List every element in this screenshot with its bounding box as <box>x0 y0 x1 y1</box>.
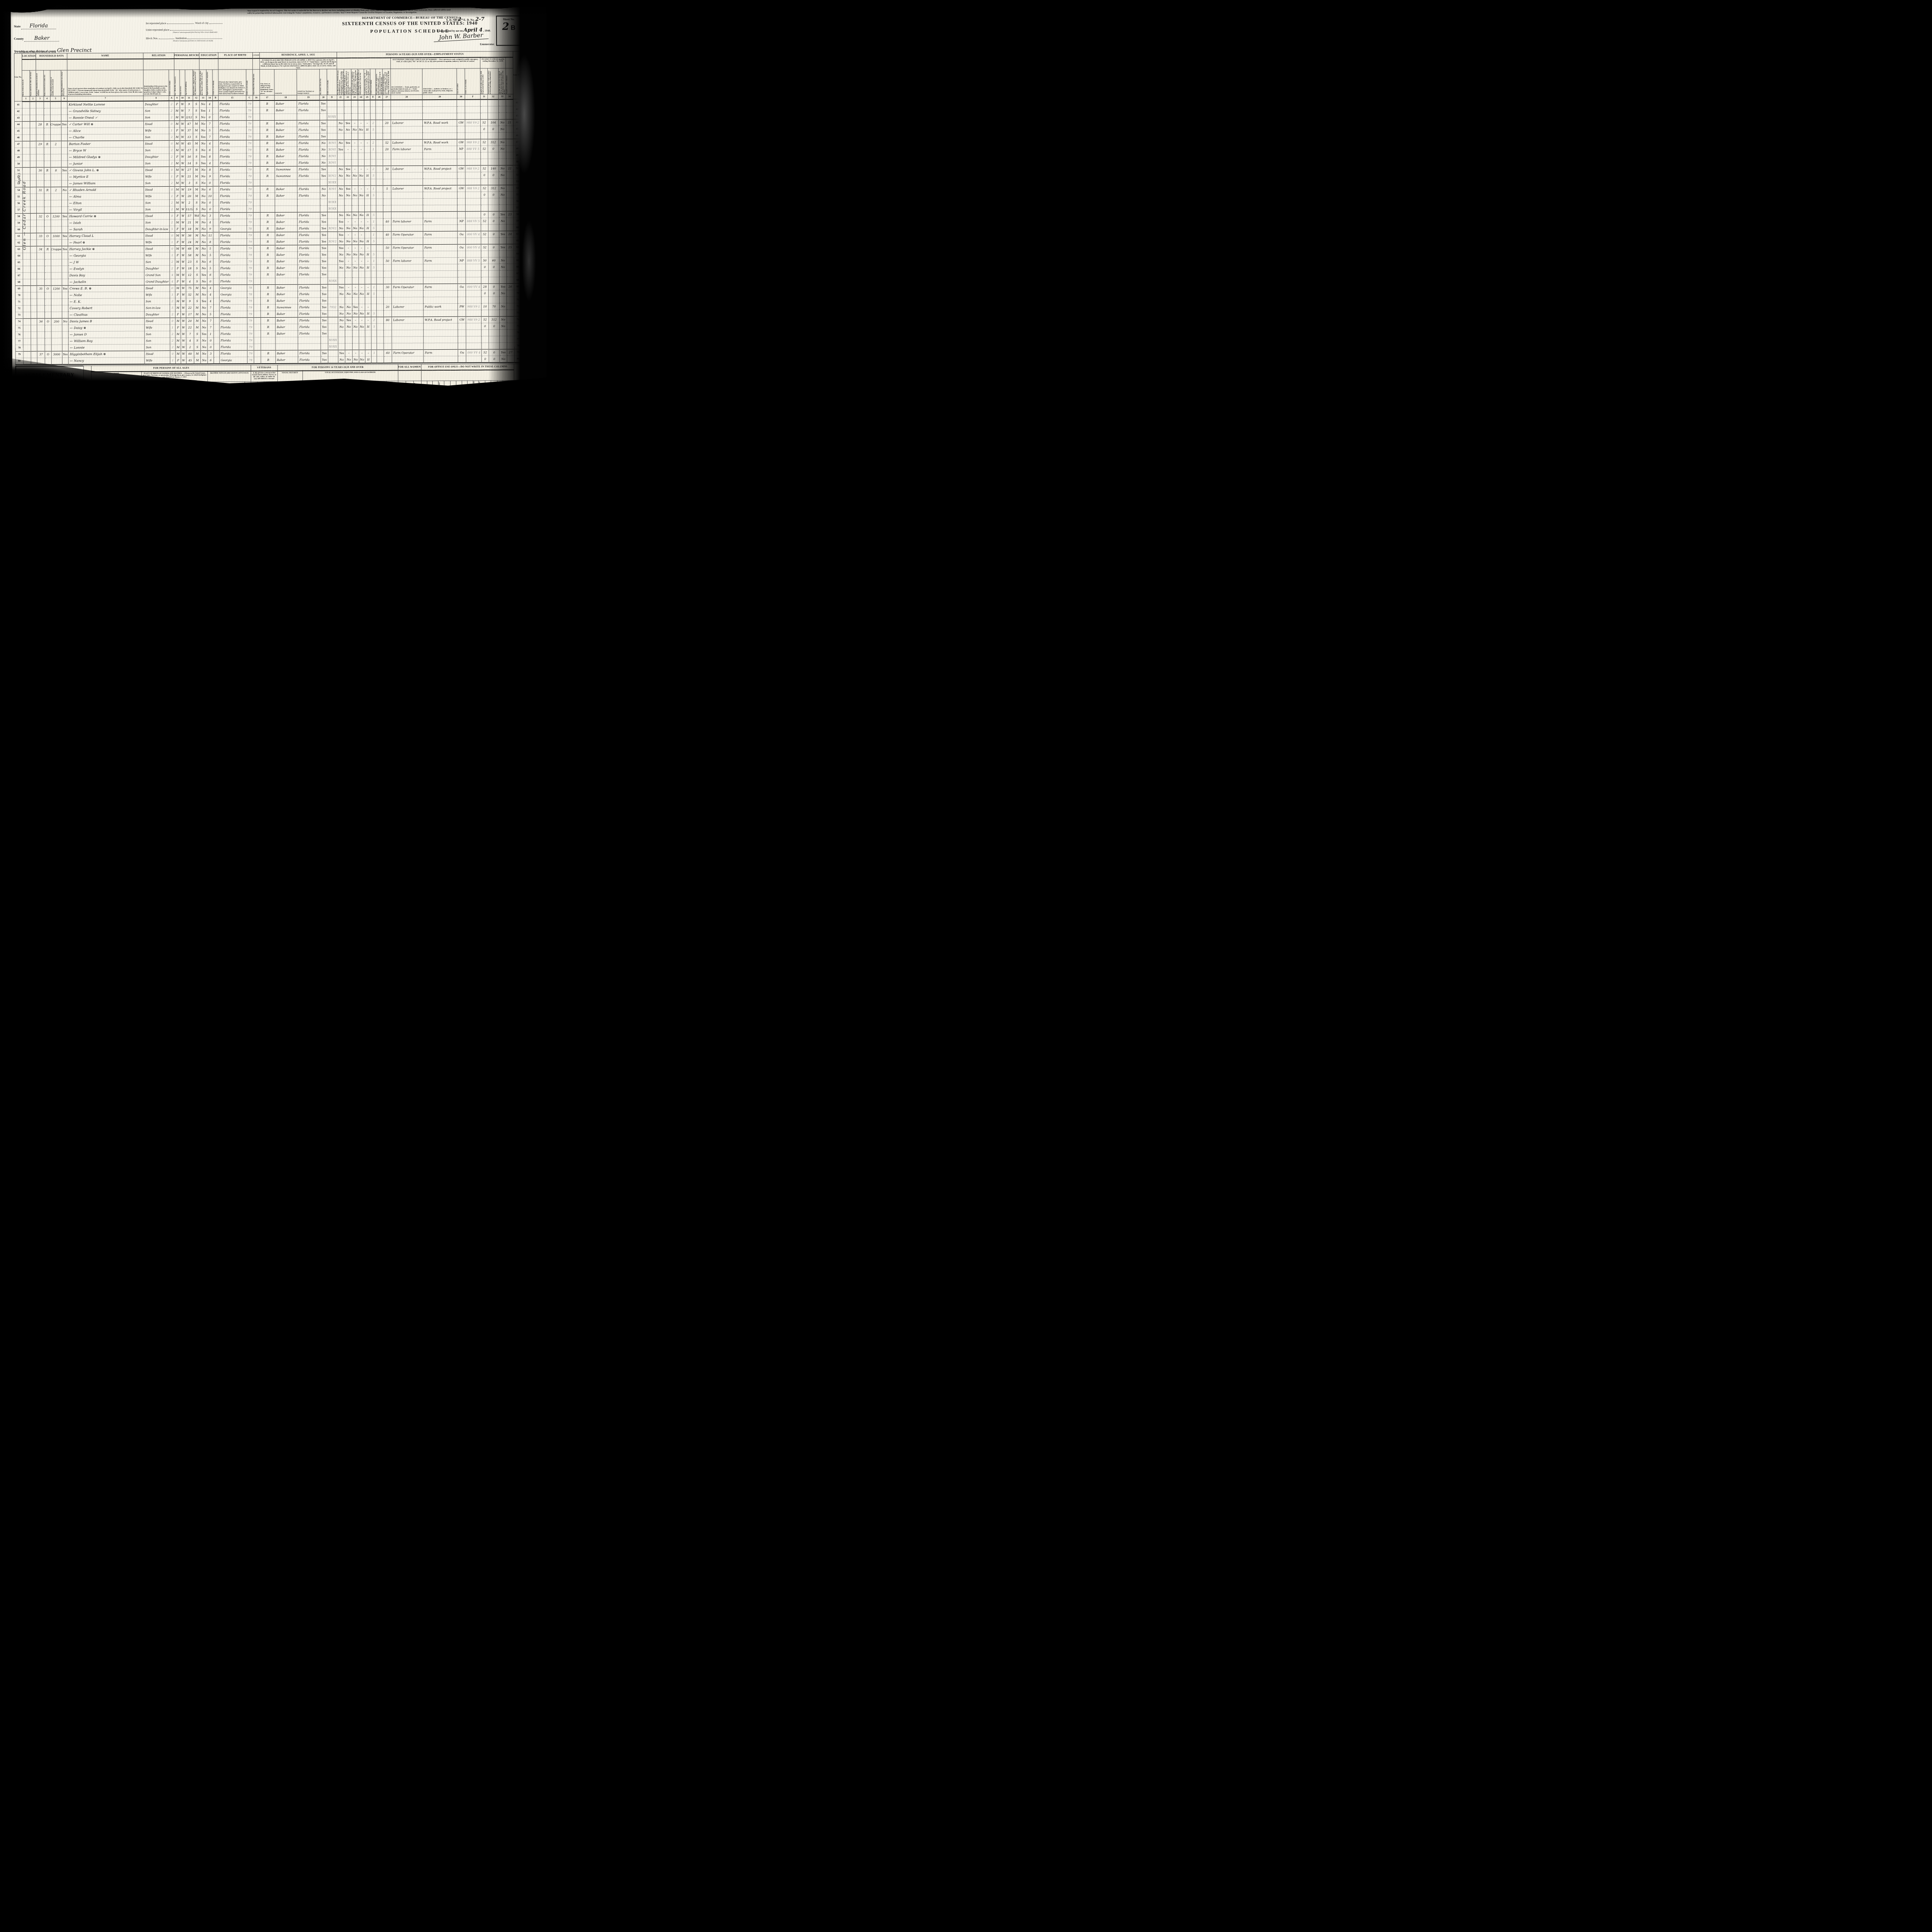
cell-oth <box>499 270 507 277</box>
cell-sex: M <box>175 318 180 324</box>
cell-hn <box>30 220 36 226</box>
cell-w23 <box>352 297 359 304</box>
cell-cty: Baker <box>276 317 298 324</box>
cell-s <box>23 318 31 325</box>
column-desc-mar: Marital status—Single (S), Married (M), … <box>193 70 200 95</box>
cell-wag <box>488 205 499 211</box>
cell-hn <box>30 115 36 121</box>
cell-hn <box>31 312 37 318</box>
cell-city: R <box>261 324 276 330</box>
cell-cit <box>253 186 260 192</box>
line-number: 41 <box>14 102 22 109</box>
cell-e <box>371 199 376 205</box>
cell-fs <box>506 218 514 224</box>
cell-c: 79 <box>247 186 253 192</box>
cell-dur <box>377 297 384 304</box>
cell-pob: Florida <box>219 317 247 324</box>
cell-mar: S <box>193 101 200 108</box>
cell-hrs: 50 <box>383 245 391 251</box>
cell-sex: F <box>175 324 181 331</box>
cell-wag: 0 <box>488 231 499 238</box>
cell-grd: 4 <box>206 100 213 107</box>
cell-rel: Wife <box>144 291 170 298</box>
cell-sex: M <box>175 147 180 153</box>
cell-race: W <box>180 167 185 173</box>
cell-wag <box>488 133 499 139</box>
cell-fm <box>61 161 68 167</box>
cell-race: W <box>180 232 186 239</box>
column-desc-text: CODE (Leave blank) <box>371 80 376 95</box>
cell-hrs <box>383 172 391 179</box>
line-number: 47 <box>513 139 521 145</box>
cell-pob: Florida <box>219 245 247 252</box>
cell-wag: 312 <box>488 185 499 192</box>
cell-w25 <box>365 343 371 350</box>
cell-dur <box>376 231 383 238</box>
cell-cls <box>457 113 465 119</box>
cell-st: Florida <box>297 120 320 127</box>
cell-cls: NP <box>457 218 466 224</box>
column-number-C: C <box>246 95 252 100</box>
column-desc-text: MOTHER <box>171 402 199 405</box>
cell-fm35 <box>320 206 327 212</box>
cell-name: — Virgil <box>68 206 144 213</box>
cell-rel: Head <box>144 232 170 239</box>
cell-mar: S <box>193 147 200 153</box>
cell-sex: F <box>175 153 180 160</box>
cell-val <box>50 101 61 108</box>
cell-fm35 <box>321 337 328 344</box>
line-number: 53 <box>514 178 521 185</box>
cell-d: XOXX <box>327 113 337 120</box>
cell-cit <box>253 199 260 206</box>
cell-w22 <box>345 277 352 284</box>
column-desc-z <box>509 380 514 403</box>
cell-race: W <box>180 199 185 206</box>
cell-fm: Yes <box>61 167 68 174</box>
incorporated-value <box>167 23 194 24</box>
column-desc-w21: Was this person AT WORK for pay or profi… <box>337 69 344 95</box>
cell-a: 2 <box>170 298 175 304</box>
cell-sch: No <box>200 213 207 219</box>
cell-hrs <box>383 238 391 245</box>
cell-sex: M <box>174 134 180 140</box>
cell-grd: 5 <box>207 127 213 134</box>
cell-w22 <box>344 107 352 113</box>
cell-rel: Wife <box>145 357 170 364</box>
cell-s <box>23 332 31 338</box>
column-number-P: P <box>451 403 456 408</box>
cell-city: R <box>261 291 276 298</box>
cell-w22: – <box>345 231 352 238</box>
cell-val: 200 <box>51 318 62 325</box>
cell-d <box>327 126 337 133</box>
cell-w24 <box>358 199 364 205</box>
cell-rel: Wife <box>144 239 170 245</box>
cell-age: 24 <box>186 239 194 245</box>
cell-fm: Yes <box>61 233 68 240</box>
cell-cls <box>457 172 465 179</box>
cell-mar: Wd <box>193 213 200 219</box>
cell-or <box>45 305 51 312</box>
cell-sch: No <box>201 324 207 331</box>
line-number: 59 <box>514 218 521 224</box>
line-number: 76 <box>15 332 23 338</box>
cell-f <box>465 133 481 139</box>
cell-ind: Farm <box>423 349 458 356</box>
cell-wag: 0 <box>488 172 499 179</box>
cell-fs <box>507 277 514 283</box>
column-desc-text: Does this household live on a farm? (Yes… <box>61 71 67 96</box>
cell-val: 3000 <box>51 351 62 358</box>
cell-oth: No <box>499 126 506 133</box>
line-number: 67 <box>15 272 23 279</box>
cell-city: R <box>260 212 275 219</box>
cell-occ: Farm laborer <box>391 218 423 224</box>
cell-city: R <box>261 350 276 357</box>
cell-oth: No <box>499 192 506 198</box>
cell-or <box>44 207 51 213</box>
column-desc-text: Number of household in order of visitati… <box>36 71 44 96</box>
line-number: 79 <box>15 351 23 358</box>
cell-grd: 8 <box>207 167 213 173</box>
institution-note: (Name of institution and lines on which … <box>173 39 298 41</box>
cell-val <box>51 174 61 180</box>
line-number: 44 <box>513 119 521 126</box>
cell-hn <box>30 108 36 115</box>
cell-oth: No <box>499 290 507 297</box>
cell-w24: No <box>358 251 364 258</box>
cell-hrs: 80 <box>384 317 392 323</box>
cell-or <box>44 154 50 161</box>
cell-w23: – <box>352 231 358 238</box>
cell-d <box>328 291 338 297</box>
cell-c: 79 <box>247 160 253 166</box>
cell-rel: Wife <box>144 173 169 180</box>
cell-occ: Farm Operator <box>391 284 423 290</box>
cell-w23 <box>352 277 358 284</box>
cell-pob: Florida <box>218 120 247 127</box>
cell-oth: No <box>500 303 507 310</box>
column-desc-sch: Attended school or college any time sinc… <box>199 70 206 95</box>
cell-fs <box>507 250 514 257</box>
cell-rel: Head <box>144 140 169 147</box>
cell-c: 78 <box>247 284 253 291</box>
column-group-place-of-birth: PLACE OF BIRTH <box>218 52 252 58</box>
cell-hn <box>31 233 37 240</box>
cell-wks <box>481 297 489 303</box>
cell-fs: 26 <box>507 283 514 290</box>
cell-cty: Suwannee <box>275 166 298 173</box>
line-number: 74 <box>514 316 522 323</box>
cell-fm <box>62 298 68 305</box>
cell-or <box>45 345 51 351</box>
cell-e: 5 <box>371 225 376 231</box>
cell-f: 000 VV 4 <box>466 244 481 251</box>
cell-age: 47 <box>185 121 193 127</box>
cell-w24 <box>359 277 365 284</box>
column-desc-city: City, town, or village having 2,500 or m… <box>260 69 274 95</box>
block-field: Block Nos. Institution (Name of institut… <box>146 36 298 42</box>
cell-w25: – <box>365 218 371 225</box>
cell-or <box>45 299 51 305</box>
cell-pob: Florida <box>218 140 247 146</box>
cell-sch: No <box>200 245 207 252</box>
cell-cls <box>457 270 466 277</box>
cell-occ: Farm Operator <box>391 244 423 251</box>
cell-sex: F <box>174 127 180 134</box>
header-title-block: DEPARTMENT OF COMMERCE—BUREAU OF THE CEN… <box>298 15 522 51</box>
cell-age: 7 <box>185 107 193 114</box>
cell-or <box>45 332 51 338</box>
line-number: 62 <box>15 240 23 246</box>
cell-w22: No <box>344 126 352 133</box>
cell-hrs <box>383 126 391 133</box>
cell-name: Harvey Claud L <box>68 233 144 240</box>
cell-rel: Grand Son <box>144 272 170 278</box>
cell-city: R <box>260 219 275 225</box>
cell-occ <box>391 205 423 211</box>
cell-a: 2 <box>169 199 175 206</box>
cell-e: 1 <box>371 231 376 238</box>
cell-age: 3 <box>185 180 193 186</box>
cell-s <box>22 141 30 148</box>
cell-sch: No <box>200 100 207 107</box>
cell-a: 0 <box>169 213 175 219</box>
cell-a: 0 <box>169 232 175 239</box>
cell-pob: Florida <box>219 311 247 317</box>
line-number: 58 <box>514 211 521 218</box>
column-subgroup: Is this person a veteran of the United S… <box>251 371 277 382</box>
cell-hrs <box>383 205 391 212</box>
cell-w24: – <box>358 139 364 146</box>
cell-hh <box>36 134 44 141</box>
cell-mar: S <box>193 153 200 160</box>
cell-wks <box>481 270 488 277</box>
cell-cty: Baker <box>274 133 297 140</box>
cell-hn <box>30 167 36 174</box>
cell-val: 1200 <box>51 213 61 220</box>
cell-pob: Florida <box>219 212 247 219</box>
cell-d <box>328 231 338 238</box>
cell-rel: Son <box>144 147 169 153</box>
cell-fm35 <box>320 179 327 186</box>
cell-dur <box>376 139 383 146</box>
cell-d <box>328 284 338 291</box>
cell-f <box>466 211 481 218</box>
cell-w22: Yes <box>344 120 352 126</box>
cell-d <box>327 120 337 126</box>
cell-occ <box>391 126 423 133</box>
cell-c: 79 <box>247 238 253 245</box>
cell-cit <box>253 206 260 212</box>
cell-f <box>466 224 481 231</box>
cell-dur <box>377 264 384 271</box>
cell-cty <box>276 344 298 350</box>
column-subgroup <box>174 58 200 70</box>
cell-city: R <box>260 245 275 252</box>
cell-c: 79 <box>247 317 253 324</box>
column-desc-text: Language spoken in home in earliest chil… <box>208 401 245 404</box>
cell-cty: Baker <box>275 245 298 252</box>
column-number-48: 48 <box>398 404 406 408</box>
cell-age: 20 <box>185 193 193 199</box>
cell-cls <box>457 251 466 257</box>
cell-a: 2 <box>170 337 175 344</box>
cell-occ <box>391 159 423 165</box>
cell-dur <box>376 212 383 218</box>
cell-b <box>214 344 219 350</box>
column-desc-or: Home owned (O) or rented (R) <box>44 70 50 96</box>
cell-hh <box>37 220 44 226</box>
column-number-19: 19 <box>297 95 320 100</box>
cell-wks: 52 <box>481 165 488 172</box>
cell-occ <box>391 251 423 257</box>
column-desc-text: OCCUPATION — Trade, profession, or parti… <box>391 86 422 94</box>
cell-f: 988 V9 2 <box>465 119 481 126</box>
cell-e <box>371 113 376 120</box>
cell-cit <box>253 127 260 133</box>
cell-mar: M <box>193 167 200 173</box>
cell-race: W <box>180 160 185 167</box>
cell-w21: No <box>337 192 345 199</box>
cell-fm35 <box>320 114 327 120</box>
column-number-30: 30 <box>457 94 465 100</box>
cell-e: 1 <box>371 350 377 356</box>
cell-b <box>214 357 219 364</box>
column-desc-text: CODE (Leave blank) <box>213 80 218 95</box>
cell-s <box>22 101 30 108</box>
line-number: 69 <box>15 286 23 292</box>
cell-age: 36 <box>186 232 194 239</box>
cell-cit <box>253 107 260 114</box>
column-desc-fs: Number of Farm Schedule <box>506 68 513 94</box>
line-no-label: Line No. <box>514 74 520 76</box>
column-desc-w23: If neither at work nor assigned to publi… <box>351 69 358 95</box>
cell-hrs <box>384 310 392 317</box>
cell-ind <box>423 277 457 284</box>
cell-cls <box>458 323 466 330</box>
column-desc-text: Wrk. st. (K) <box>468 395 473 403</box>
cell-hh <box>36 174 44 180</box>
cell-sch: Yes <box>201 331 207 337</box>
cell-s <box>22 121 30 128</box>
cell-grd: 7 <box>206 121 213 127</box>
column-number-12: 12 <box>193 95 200 101</box>
cell-w24: No <box>359 291 365 297</box>
cell-occ: Laborer <box>391 139 423 146</box>
cell-w21 <box>337 179 345 185</box>
cell-sch: No <box>200 186 207 193</box>
line-number: 61 <box>15 233 23 240</box>
cell-w21 <box>338 277 345 284</box>
cell-name: Davis Roy <box>68 272 144 279</box>
cell-ind <box>423 113 457 119</box>
cell-rel: Daughter <box>144 153 169 160</box>
cell-dur <box>376 146 383 153</box>
cell-grd: 4 <box>207 298 213 304</box>
cell-fm35: No <box>320 186 327 192</box>
cell-d <box>327 133 337 139</box>
column-desc-age: Age at last birthday <box>185 70 193 95</box>
column-desc-text: CODE (Leave blank) <box>327 80 337 95</box>
cell-dur <box>376 159 383 166</box>
column-desc-wks: Number of weeks worked in 1939 (Equivale… <box>480 68 488 94</box>
cell-cls <box>457 264 466 270</box>
cell-sch: No <box>201 304 207 311</box>
cell-w22: – <box>344 146 352 153</box>
cell-mar: S <box>193 180 200 186</box>
cell-wks <box>481 198 488 205</box>
cell-cty <box>275 278 298 284</box>
cell-val <box>50 148 61 154</box>
column-number-G: G <box>199 405 207 408</box>
cell-e: 5 <box>371 172 376 179</box>
cell-w25 <box>364 113 370 120</box>
cell-race: W <box>180 193 185 199</box>
cell-a: 1 <box>170 291 175 298</box>
cell-b <box>213 121 218 127</box>
cell-w21 <box>337 133 344 139</box>
cell-d <box>328 258 338 264</box>
cell-cit <box>253 166 260 173</box>
cell-s <box>22 108 30 115</box>
column-desc-text: Color and nat. (10, 15, 38, and 37) <box>439 381 444 403</box>
cell-sch: No <box>201 291 207 298</box>
cell-rel: Head <box>145 350 170 357</box>
cell-city: R <box>260 186 275 192</box>
cell-hn <box>30 121 36 128</box>
cell-ind <box>423 159 457 165</box>
cell-sch: No <box>201 350 208 357</box>
column-desc-cit: Citizenship of the foreign born <box>252 69 260 95</box>
cell-fm35: Yes <box>320 133 327 140</box>
cell-w21: No <box>337 120 344 126</box>
cell-val <box>51 180 61 187</box>
cell-rel: Son <box>143 114 169 121</box>
cell-w22 <box>344 133 352 139</box>
cell-oth <box>500 297 507 303</box>
cell-hh <box>37 338 45 345</box>
cell-w23 <box>352 271 358 277</box>
cell-fm35 <box>321 344 328 350</box>
cell-rel: Head <box>144 121 169 127</box>
cell-cls <box>457 277 466 284</box>
supplementary-subtitle: For Persons Enumerated on Lines 55 and 6… <box>16 388 83 391</box>
cell-race: W <box>180 101 185 108</box>
cell-mar: M <box>194 291 201 298</box>
cell-occ <box>392 323 423 330</box>
cell-w25: H <box>364 212 371 218</box>
cell-hn <box>31 332 37 338</box>
column-desc-text: Occupation, industry, and class of worke… <box>479 381 485 403</box>
cell-or <box>45 358 51 365</box>
cell-age: 4 <box>186 337 194 344</box>
cell-w24: No <box>358 212 364 218</box>
cell-hrs <box>383 153 391 159</box>
cell-name: — James William <box>68 180 144 187</box>
cell-w23 <box>352 330 359 337</box>
cell-b <box>213 245 219 252</box>
cell-ind <box>423 264 457 270</box>
cell-fm35: Yes <box>321 298 328 304</box>
cell-sex: F <box>175 239 180 245</box>
cell-city <box>260 206 275 212</box>
cell-fm <box>61 108 68 115</box>
cell-sch: No <box>200 147 207 153</box>
cell-name: Covery Robert <box>68 305 145 312</box>
cell-cty <box>276 337 298 344</box>
